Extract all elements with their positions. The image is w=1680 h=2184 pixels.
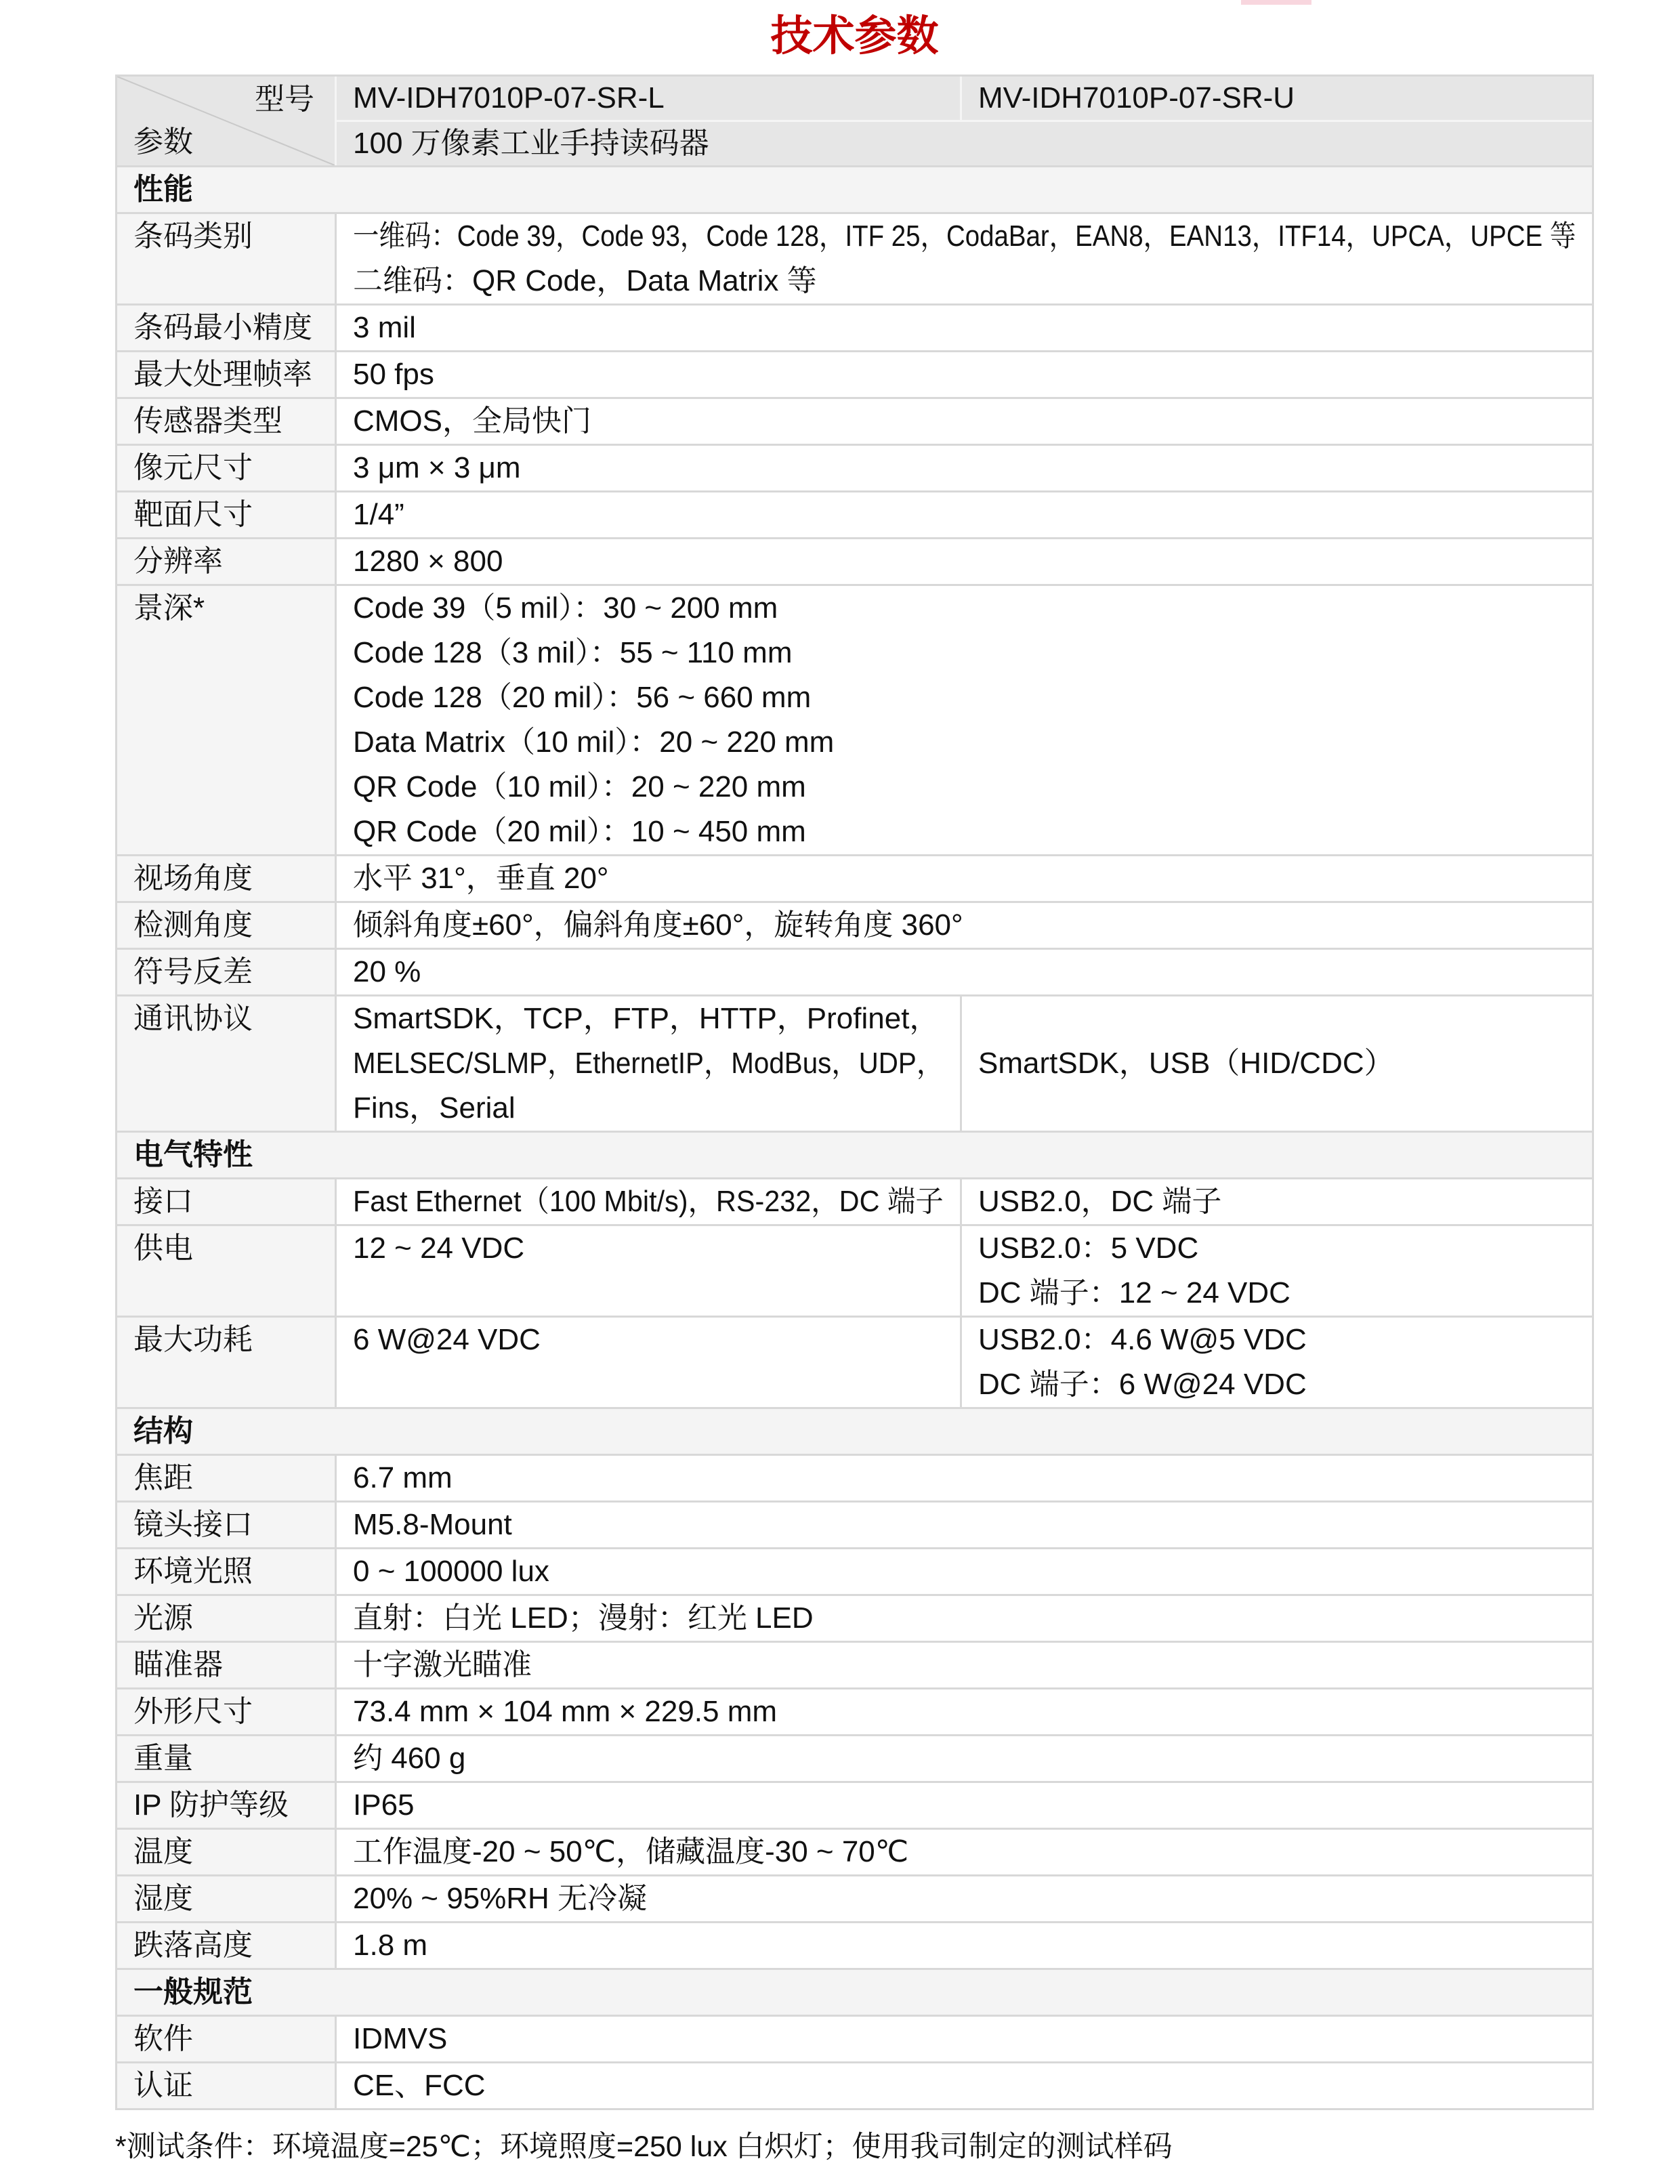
text-line: QR Code（20 mil）：10 ~ 450 mm xyxy=(353,810,1576,854)
spec-value: 一维码：Code 39，Code 93，Code 128，ITF 25，Coda… xyxy=(337,214,1592,303)
footnote: *测试条件：环境温度=25℃；环境照度=250 lux 白炽灯；使用我司制定的测… xyxy=(115,2128,1680,2166)
spec-value: 50 fps xyxy=(337,352,1592,397)
spec-label: 传感器类型 xyxy=(117,399,335,444)
spec-value: 1280 × 800 xyxy=(337,539,1592,584)
text-line: 通讯协议 xyxy=(133,996,318,1041)
spec-value: M5.8-Mount xyxy=(337,1503,1592,1547)
text-line: 光源 xyxy=(133,1596,318,1641)
spec-row: 镜头接口M5.8-Mount xyxy=(117,1503,1592,1547)
text-line: IP 防护等级 xyxy=(133,1783,318,1828)
text-line: 0 ~ 100000 lux xyxy=(353,1549,1576,1594)
text-line: 景深* xyxy=(133,586,318,631)
spec-label: 景深* xyxy=(117,586,335,854)
text-line: USB2.0：5 VDC xyxy=(978,1226,1576,1271)
spec-label: 外形尺寸 xyxy=(117,1689,335,1734)
spec-value-right: USB2.0，DC 端子 xyxy=(962,1179,1592,1224)
spec-value: 20% ~ 95%RH 无冷凝 xyxy=(337,1876,1592,1921)
spec-value: CE、FCC xyxy=(337,2063,1592,2108)
spec-label: 通讯协议 xyxy=(117,996,335,1131)
spec-row: 跌落高度1.8 m xyxy=(117,1923,1592,1968)
text-line: 1.8 m xyxy=(353,1923,1576,1968)
text-line: 湿度 xyxy=(133,1876,318,1921)
spec-row: 条码类别一维码：Code 39，Code 93，Code 128，ITF 25，… xyxy=(117,214,1592,303)
text-line: 20% ~ 95%RH 无冷凝 xyxy=(353,1876,1576,1921)
model-name-right: MV-IDH7010P-07-SR-U xyxy=(962,77,1592,120)
text-line: 十字激光瞄准 xyxy=(353,1643,1576,1687)
text-line: 3 μm × 3 μm xyxy=(353,446,1576,490)
spec-row: 接口Fast Ethernet（100 Mbit/s)，RS-232，DC 端子… xyxy=(117,1179,1592,1224)
spec-value: 0 ~ 100000 lux xyxy=(337,1549,1592,1594)
text-line: 外形尺寸 xyxy=(133,1689,318,1734)
text-line: 一般规范 xyxy=(133,1970,1576,2015)
spec-row: 环境光照0 ~ 100000 lux xyxy=(117,1549,1592,1594)
text-line: 重量 xyxy=(133,1736,318,1781)
text-line: 3 mil xyxy=(353,306,1576,350)
text-line: 瞄准器 xyxy=(133,1643,318,1687)
text-line: M5.8-Mount xyxy=(353,1503,1576,1547)
spec-value: 73.4 mm × 104 mm × 229.5 mm xyxy=(337,1689,1592,1734)
spec-row: 最大功耗6 W@24 VDCUSB2.0：4.6 W@5 VDCDC 端子：6 … xyxy=(117,1318,1592,1407)
spec-label: 焦距 xyxy=(117,1456,335,1500)
spec-label: 光源 xyxy=(117,1596,335,1641)
text-line: 温度 xyxy=(133,1830,318,1874)
spec-value: 3 mil xyxy=(337,306,1592,350)
text-line: SmartSDK，TCP，FTP，HTTP，Profinet， xyxy=(353,996,944,1041)
text-line: CMOS，全局快门 xyxy=(353,399,1576,444)
spec-value: Code 39（5 mil）：30 ~ 200 mmCode 128（3 mil… xyxy=(337,586,1592,854)
text-line: 最大处理帧率 xyxy=(133,352,318,397)
spec-value-right: SmartSDK，USB（HID/CDC） xyxy=(962,996,1592,1131)
spec-label: 重量 xyxy=(117,1736,335,1781)
spec-row: 瞄准器十字激光瞄准 xyxy=(117,1643,1592,1687)
section-header-row: 结构 xyxy=(117,1409,1592,1454)
text-line: Data Matrix（10 mil）：20 ~ 220 mm xyxy=(353,720,1576,765)
spec-value-right: USB2.0：5 VDCDC 端子：12 ~ 24 VDC xyxy=(962,1226,1592,1316)
corner-model-label: 型号 xyxy=(255,78,314,121)
text-line: 软件 xyxy=(133,2017,318,2061)
text-line: 检测角度 xyxy=(133,903,318,948)
text-line: USB2.0：4.6 W@5 VDC xyxy=(978,1318,1576,1362)
page-title: 技术参数 xyxy=(115,9,1594,64)
table-header: 型号 参数 MV-IDH7010P-07-SR-L MV-IDH7010P-07… xyxy=(117,77,1592,165)
text-line: 1/4” xyxy=(353,492,1576,537)
text-line: QR Code（10 mil）：20 ~ 220 mm xyxy=(353,765,1576,810)
text-line: 焦距 xyxy=(133,1456,318,1500)
section-title: 结构 xyxy=(117,1409,1592,1454)
text-line: USB2.0，DC 端子 xyxy=(978,1179,1576,1224)
text-line: DC 端子：6 W@24 VDC xyxy=(978,1362,1576,1407)
spec-value: 倾斜角度±60°，偏斜角度±60°，旋转角度 360° xyxy=(337,903,1592,948)
spec-value: 6.7 mm xyxy=(337,1456,1592,1500)
spec-value-right: USB2.0：4.6 W@5 VDCDC 端子：6 W@24 VDC xyxy=(962,1318,1592,1407)
section-title: 一般规范 xyxy=(117,1970,1592,2015)
text-line: Code 128（3 mil）：55 ~ 110 mm xyxy=(353,631,1576,675)
spec-value: IP65 xyxy=(337,1783,1592,1828)
text-line: 一维码：Code 39，Code 93，Code 128，ITF 25，Coda… xyxy=(353,214,1421,259)
text-line: 73.4 mm × 104 mm × 229.5 mm xyxy=(353,1689,1576,1734)
spec-label: 条码类别 xyxy=(117,214,335,303)
text-line: DC 端子：12 ~ 24 VDC xyxy=(978,1271,1576,1316)
section-header-row: 一般规范 xyxy=(117,1970,1592,2015)
spec-label: 最大处理帧率 xyxy=(117,352,335,397)
spec-row: 传感器类型CMOS，全局快门 xyxy=(117,399,1592,444)
text-line: IDMVS xyxy=(353,2017,1576,2061)
section-title: 电气特性 xyxy=(117,1133,1592,1177)
spec-row: 供电12 ~ 24 VDCUSB2.0：5 VDCDC 端子：12 ~ 24 V… xyxy=(117,1226,1592,1316)
spec-value-left: 6 W@24 VDC xyxy=(337,1318,960,1407)
text-line: Fins，Serial xyxy=(353,1086,944,1131)
text-line: Code 39（5 mil）：30 ~ 200 mm xyxy=(353,586,1576,631)
text-line: 传感器类型 xyxy=(133,399,318,444)
text-line: 分辨率 xyxy=(133,539,318,584)
text-line: 直射：白光 LED；漫射：红光 LED xyxy=(353,1596,1576,1641)
spec-label: IP 防护等级 xyxy=(117,1783,335,1828)
text-line: 最大功耗 xyxy=(133,1318,318,1362)
text-line: 接口 xyxy=(133,1179,318,1224)
spec-row: 条码最小精度3 mil xyxy=(117,306,1592,350)
text-line: 50 fps xyxy=(353,352,1576,397)
text-line: 倾斜角度±60°，偏斜角度±60°，旋转角度 360° xyxy=(353,903,1576,948)
text-line: 像元尺寸 xyxy=(133,446,318,490)
section-header-row: 性能 xyxy=(117,167,1592,212)
text-line: 认证 xyxy=(133,2063,318,2108)
text-line: 20 % xyxy=(353,950,1576,994)
spec-table: 型号 参数 MV-IDH7010P-07-SR-L MV-IDH7010P-07… xyxy=(115,75,1594,2110)
text-line: 6 W@24 VDC xyxy=(353,1318,944,1362)
text-line: 1280 × 800 xyxy=(353,539,1576,584)
text-line: 约 460 g xyxy=(353,1736,1576,1781)
spec-label: 认证 xyxy=(117,2063,335,2108)
text-line: 条码类别 xyxy=(133,214,318,259)
spec-row: 景深*Code 39（5 mil）：30 ~ 200 mmCode 128（3 … xyxy=(117,586,1592,854)
spec-label: 温度 xyxy=(117,1830,335,1874)
text-line: 结构 xyxy=(133,1409,1576,1454)
spec-label: 软件 xyxy=(117,2017,335,2061)
spec-value: CMOS，全局快门 xyxy=(337,399,1592,444)
spec-label: 环境光照 xyxy=(117,1549,335,1594)
spec-label: 视场角度 xyxy=(117,856,335,901)
spec-label: 跌落高度 xyxy=(117,1923,335,1968)
spec-row: 认证CE、FCC xyxy=(117,2063,1592,2108)
spec-row: 焦距6.7 mm xyxy=(117,1456,1592,1500)
text-line: 条码最小精度 xyxy=(133,306,318,350)
text-line: 电气特性 xyxy=(133,1133,1576,1177)
product-category: 100 万像素工业手持读码器 xyxy=(337,122,1592,165)
spec-value-left: SmartSDK，TCP，FTP，HTTP，Profinet，MELSEC/SL… xyxy=(337,996,960,1131)
corner-param-label: 参数 xyxy=(133,121,193,164)
spec-row: 光源直射：白光 LED；漫射：红光 LED xyxy=(117,1596,1592,1641)
text-line: SmartSDK，USB（HID/CDC） xyxy=(978,1041,1394,1086)
text-line: 工作温度-20 ~ 50℃，储藏温度-30 ~ 70℃ xyxy=(353,1830,1576,1874)
text-line: 6.7 mm xyxy=(353,1456,1576,1500)
spec-row: 外形尺寸73.4 mm × 104 mm × 229.5 mm xyxy=(117,1689,1592,1734)
text-line: 二维码：QR Code，Data Matrix 等 xyxy=(353,259,1576,303)
text-line: Code 128（20 mil）：56 ~ 660 mm xyxy=(353,675,1576,720)
spec-label: 接口 xyxy=(117,1179,335,1224)
spec-row: 像元尺寸3 μm × 3 μm xyxy=(117,446,1592,490)
spec-value-left: Fast Ethernet（100 Mbit/s)，RS-232，DC 端子 xyxy=(337,1179,960,1224)
spec-value: 直射：白光 LED；漫射：红光 LED xyxy=(337,1596,1592,1641)
text-line: MELSEC/SLMP，EthernetIP，ModBus，UDP， xyxy=(353,1041,895,1086)
section-header-row: 电气特性 xyxy=(117,1133,1592,1177)
text-line: 环境光照 xyxy=(133,1549,318,1594)
spec-row: 视场角度水平 31°，垂直 20° xyxy=(117,856,1592,901)
text-line: 跌落高度 xyxy=(133,1923,318,1968)
spec-label: 湿度 xyxy=(117,1876,335,1921)
spec-label: 分辨率 xyxy=(117,539,335,584)
spec-row: 重量约 460 g xyxy=(117,1736,1592,1781)
spec-value: 1/4” xyxy=(337,492,1592,537)
spec-row: IP 防护等级IP65 xyxy=(117,1783,1592,1828)
spec-value: 1.8 m xyxy=(337,1923,1592,1968)
spec-label: 像元尺寸 xyxy=(117,446,335,490)
spec-value: 20 % xyxy=(337,950,1592,994)
section-title: 性能 xyxy=(117,167,1592,212)
spec-value: IDMVS xyxy=(337,2017,1592,2061)
spec-label: 检测角度 xyxy=(117,903,335,948)
spec-label: 靶面尺寸 xyxy=(117,492,335,537)
spec-row: 通讯协议SmartSDK，TCP，FTP，HTTP，Profinet，MELSE… xyxy=(117,996,1592,1131)
spec-value: 十字激光瞄准 xyxy=(337,1643,1592,1687)
spec-value: 3 μm × 3 μm xyxy=(337,446,1592,490)
spec-label: 条码最小精度 xyxy=(117,306,335,350)
spec-label: 符号反差 xyxy=(117,950,335,994)
spec-row: 软件IDMVS xyxy=(117,2017,1592,2061)
text-line: 镜头接口 xyxy=(133,1503,318,1547)
text-line: 视场角度 xyxy=(133,856,318,901)
spec-value: 约 460 g xyxy=(337,1736,1592,1781)
text-line: 性能 xyxy=(133,167,1576,212)
spec-row: 符号反差20 % xyxy=(117,950,1592,994)
spec-row: 分辨率1280 × 800 xyxy=(117,539,1592,584)
spec-label: 瞄准器 xyxy=(117,1643,335,1687)
spec-label: 镜头接口 xyxy=(117,1503,335,1547)
spec-row: 温度工作温度-20 ~ 50℃，储藏温度-30 ~ 70℃ xyxy=(117,1830,1592,1874)
model-name-left: MV-IDH7010P-07-SR-L xyxy=(337,77,960,120)
spec-label: 最大功耗 xyxy=(117,1318,335,1407)
text-line: 靶面尺寸 xyxy=(133,492,318,537)
text-line: IP65 xyxy=(353,1783,1576,1828)
text-line: 12 ~ 24 VDC xyxy=(353,1226,944,1271)
text-line: Fast Ethernet（100 Mbit/s)，RS-232，DC 端子 xyxy=(353,1179,908,1224)
text-line: 符号反差 xyxy=(133,950,318,994)
spec-value-left: 12 ~ 24 VDC xyxy=(337,1226,960,1316)
header-corner-cell: 型号 参数 xyxy=(117,77,335,165)
spec-label: 供电 xyxy=(117,1226,335,1316)
spec-row: 检测角度倾斜角度±60°，偏斜角度±60°，旋转角度 360° xyxy=(117,903,1592,948)
text-line: 供电 xyxy=(133,1226,318,1271)
scan-artifact xyxy=(1241,0,1311,5)
spec-row: 靶面尺寸1/4” xyxy=(117,492,1592,537)
text-line: 水平 31°，垂直 20° xyxy=(353,856,1576,901)
text-line: CE、FCC xyxy=(353,2063,1576,2108)
spec-value: 水平 31°，垂直 20° xyxy=(337,856,1592,901)
spec-row: 最大处理帧率50 fps xyxy=(117,352,1592,397)
spec-value: 工作温度-20 ~ 50℃，储藏温度-30 ~ 70℃ xyxy=(337,1830,1592,1874)
spec-row: 湿度20% ~ 95%RH 无冷凝 xyxy=(117,1876,1592,1921)
